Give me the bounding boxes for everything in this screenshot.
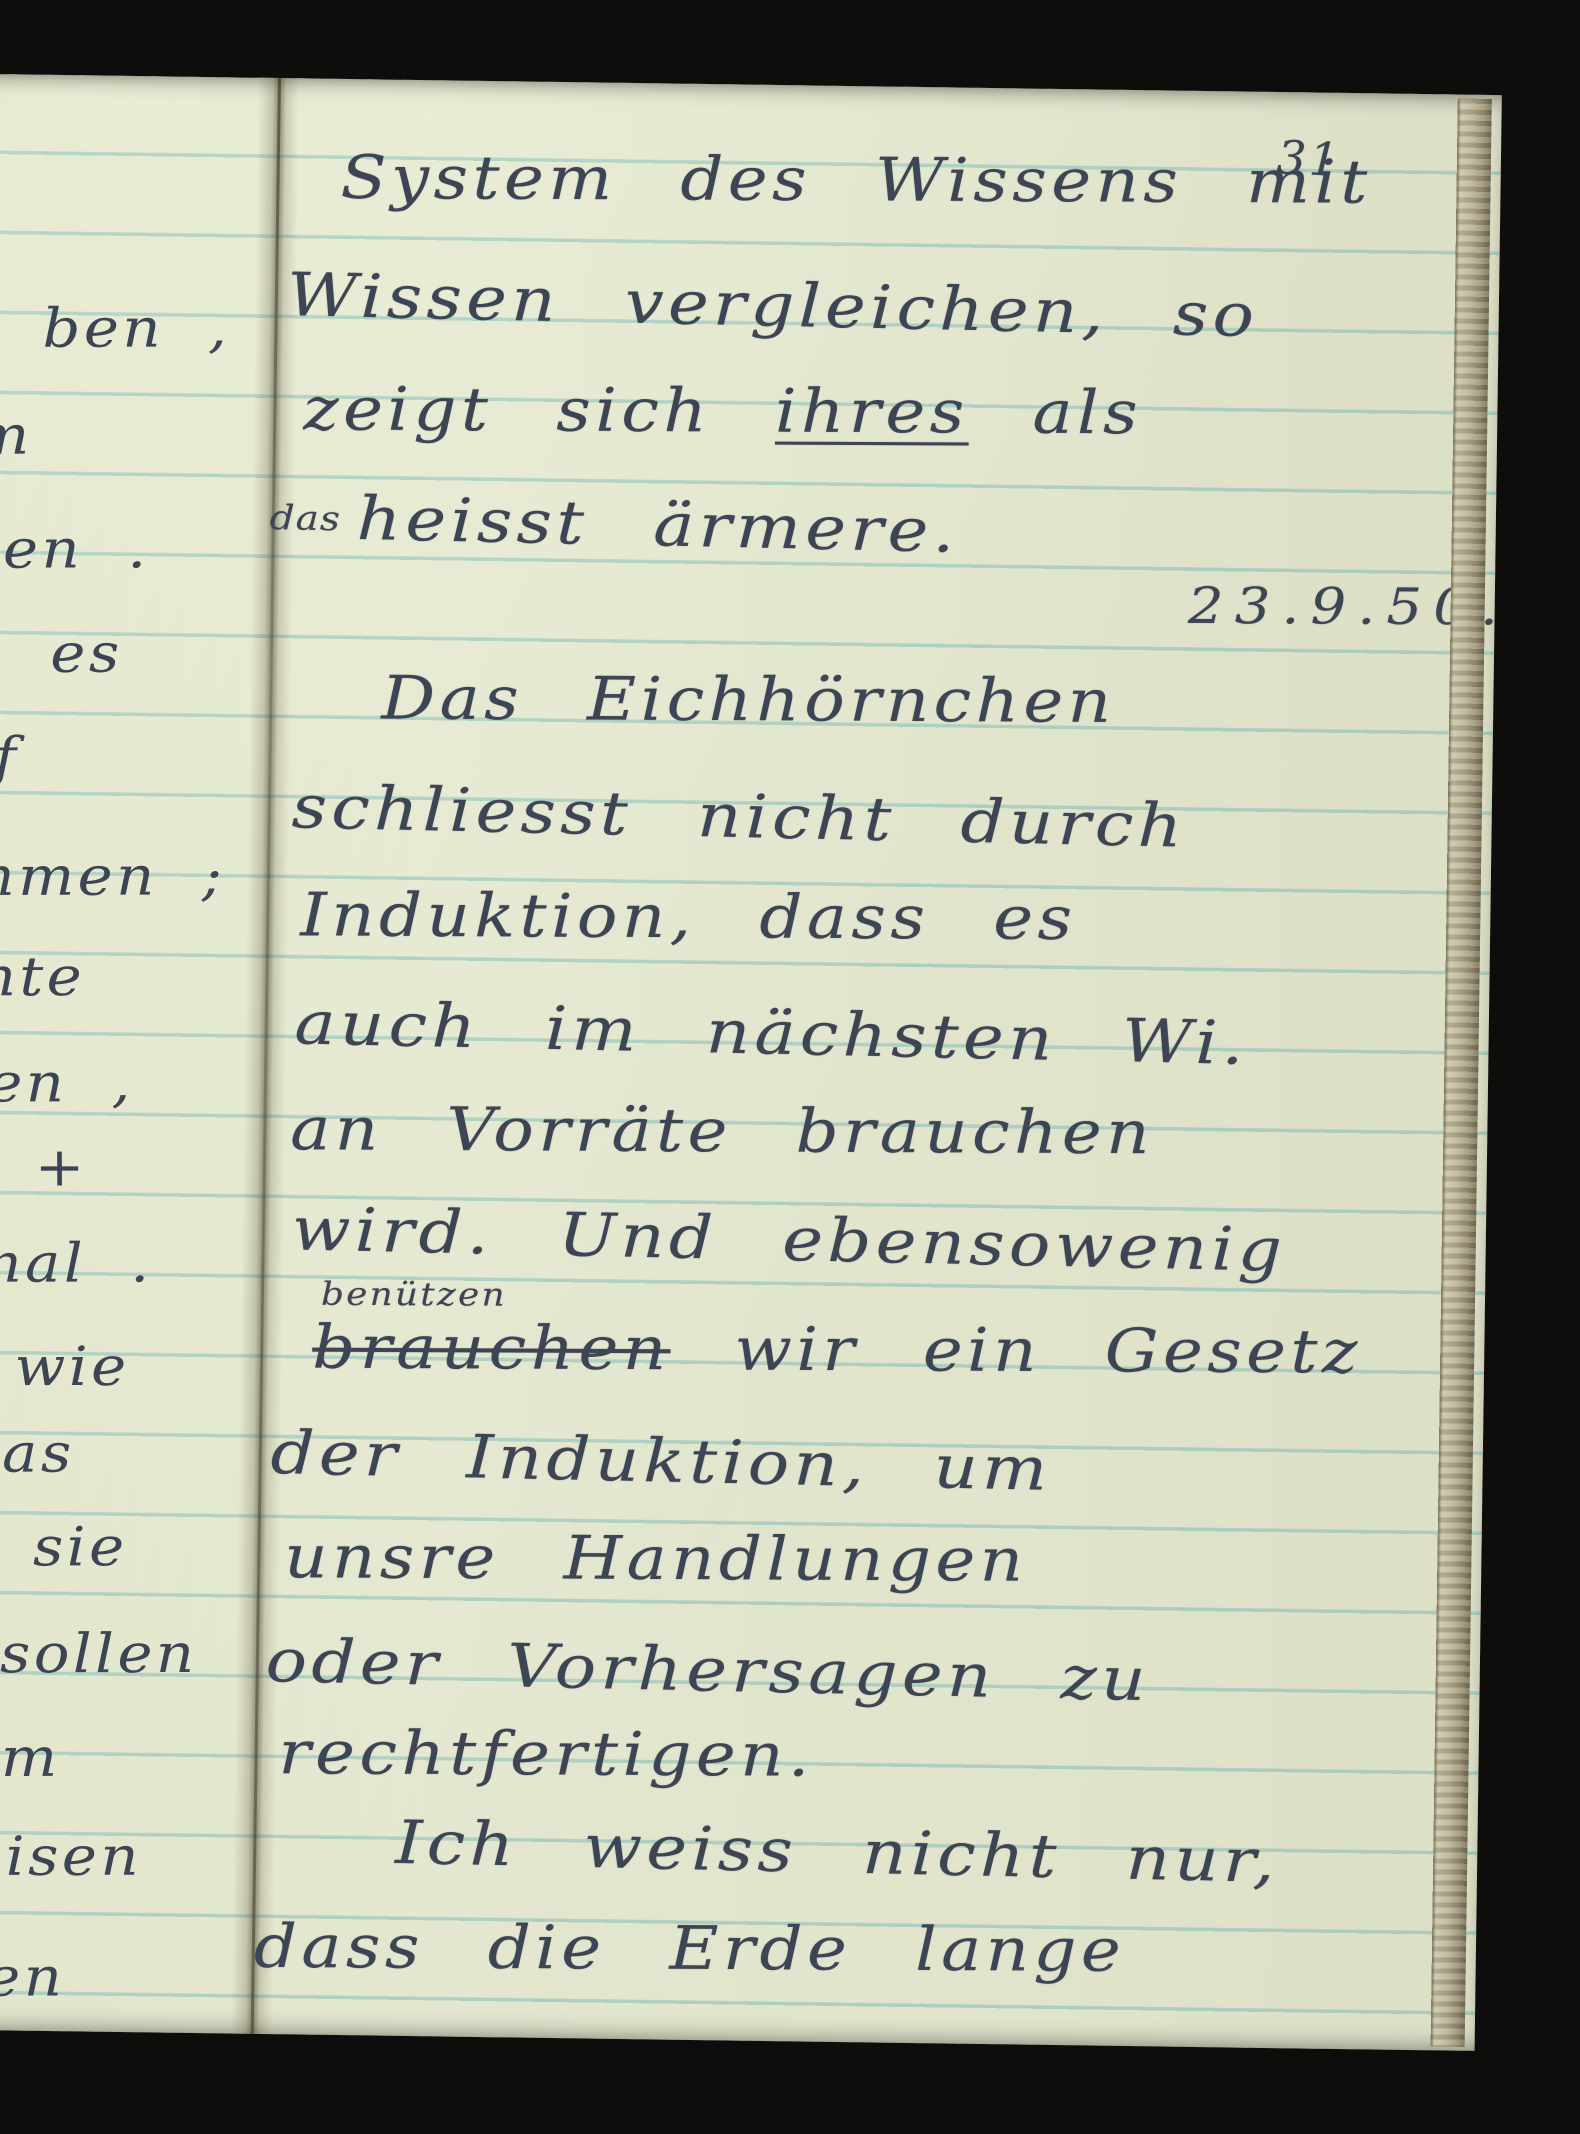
struck-word: brauchen bbox=[312, 1313, 670, 1385]
entry-date: 23.9.50. bbox=[983, 576, 1510, 636]
handwriting-fragment: das bbox=[0, 1422, 75, 1485]
handwriting-line: Induktion, dass es bbox=[300, 880, 1076, 954]
handwriting-line: an Vorräte brauchen bbox=[290, 1094, 1154, 1168]
notebook-page-spread: ben , m nen . , es uf ummen ; ente ben ,… bbox=[0, 74, 1502, 2051]
handwriting-line: dass die Erde lange bbox=[254, 1912, 1125, 1986]
handwriting-fragment: s + bbox=[0, 1135, 88, 1198]
handwriting-fragment: , es bbox=[0, 622, 123, 685]
left-page: ben , m nen . , es uf ummen ; ente ben ,… bbox=[0, 74, 1502, 95]
right-page: 31 System des Wissens mit Wissen verglei… bbox=[0, 74, 1502, 95]
line-text: als bbox=[969, 377, 1143, 448]
handwriting-line: wird. Und ebensowenig bbox=[291, 1194, 1287, 1285]
handwriting-line: rechtfertigen. bbox=[279, 1718, 814, 1790]
handwriting-line: der Induktion, um bbox=[270, 1418, 1053, 1505]
handwriting-line: dasheisst ärmere. bbox=[269, 482, 960, 567]
handwriting-line: Das Eichhörnchen bbox=[381, 664, 1115, 737]
handwriting-fragment: im bbox=[0, 1726, 61, 1789]
handwriting-fragment: ummen ; bbox=[0, 844, 225, 908]
handwriting-line: Wissen vergleichen, so bbox=[286, 260, 1259, 351]
interlinear-insertion: benützen bbox=[321, 1275, 507, 1314]
handwriting-line: oder Vorhersagen zu bbox=[265, 1626, 1151, 1715]
handwriting-fragment: d sie bbox=[0, 1515, 128, 1578]
handwriting-fragment: e wie bbox=[0, 1335, 130, 1398]
handwriting-fragment: mal . bbox=[0, 1231, 153, 1294]
handwriting-line: schliesst nicht durch bbox=[291, 772, 1187, 861]
handwriting-fragment: m bbox=[0, 404, 33, 467]
handwriting-line: Ich weiss nicht nur, bbox=[395, 1808, 1280, 1897]
line-text: zeigt sich bbox=[303, 374, 775, 446]
handwriting-line: System des Wissens mit bbox=[341, 143, 1372, 218]
handwriting-fragment: ente bbox=[0, 945, 85, 1008]
handwriting-fragment: ben , bbox=[42, 296, 230, 359]
handwriting-line: brauchen wir ein Gesetz bbox=[312, 1313, 1362, 1388]
underlined-word: ihres bbox=[775, 377, 969, 448]
scanned-notebook-photo: ben , m nen . , es uf ummen ; ente ben ,… bbox=[0, 0, 1580, 2134]
stacked-page-edges bbox=[1431, 98, 1492, 2046]
handwriting-fragment: sen bbox=[0, 1945, 65, 2008]
inserted-word: das bbox=[269, 498, 341, 540]
handwriting-fragment: nen . bbox=[0, 517, 149, 580]
handwriting-line: auch im nächsten Wi. bbox=[294, 988, 1249, 1079]
handwriting-fragment: sollen bbox=[0, 1622, 198, 1685]
handwriting-fragment: ben , bbox=[0, 1051, 134, 1114]
line-text: heisst ärmere. bbox=[356, 484, 960, 567]
handwriting-line: zeigt sich ihres als bbox=[303, 374, 1142, 448]
handwriting-line: unsre Handlungen bbox=[284, 1522, 1027, 1595]
line-text: wir ein Gesetz bbox=[670, 1314, 1361, 1387]
handwriting-fragment: weisen bbox=[0, 1825, 142, 1888]
handwriting-fragment: uf bbox=[0, 725, 19, 788]
